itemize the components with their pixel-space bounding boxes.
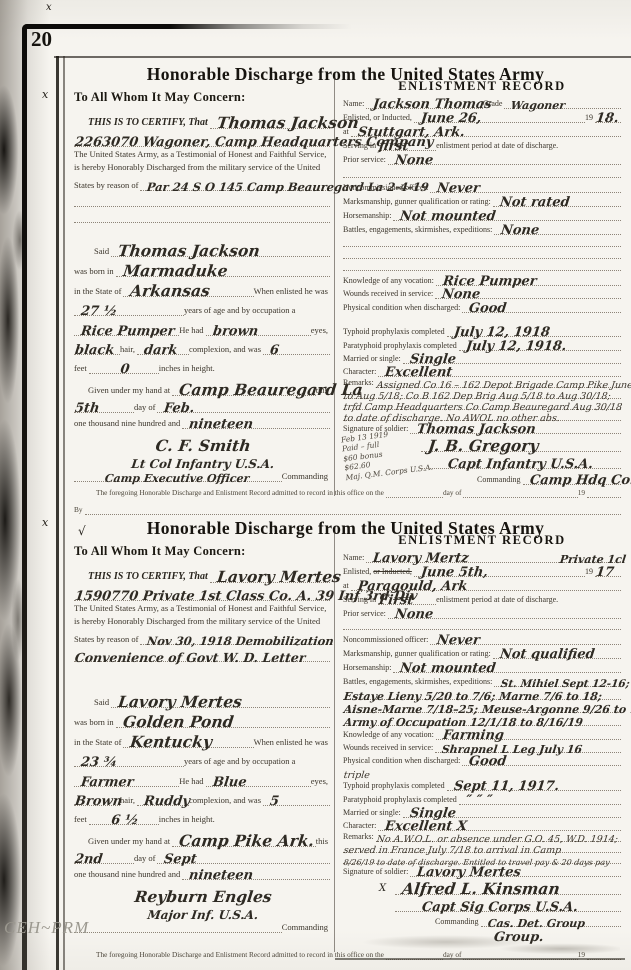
serving-label: Serving in: [343, 141, 378, 151]
er-typhoid-row: Typhoid prophylaxis completed Sept 11, 1…: [343, 777, 621, 791]
inches-row: feet 6 ½ inches in height.: [74, 806, 330, 825]
footer-dayof: day of: [443, 488, 463, 498]
married-label: Married or single:: [343, 354, 403, 364]
said-label: Said: [74, 697, 111, 708]
er-remarks-row: Remarks: Assigned Co 16 – 162 Depot Brig…: [343, 377, 621, 388]
er-wounds-row: Wounds received in service: Shrapnel L L…: [343, 740, 621, 753]
bottom-rule: [335, 958, 625, 960]
er-paratyphoid-row: Paratyphoid prophylaxis completed July 1…: [343, 337, 621, 351]
year-row: one thousand nine hundred and nineteen: [74, 864, 330, 880]
enlistment-heading: ENLISTMENT RECORD: [343, 79, 621, 94]
rule-left-outer: [56, 56, 59, 970]
reason-row: States by reason of Par 24 S O 145 Camp …: [74, 173, 330, 191]
er-remarks-row: Remarks: No A.W.O.L. or absence under G.…: [343, 831, 621, 842]
given-label: Given under my hand at: [74, 836, 172, 847]
marksmanship-label: Marksmanship, gunner qualification or ra…: [343, 649, 493, 659]
officer-signature-row: Reyburn Engles: [74, 880, 330, 902]
born-row: was born in Marmaduke: [74, 257, 330, 277]
hw-commanding-unit-2: Group.: [493, 930, 545, 945]
born-label: was born in: [74, 717, 116, 728]
rule-left-inner: [63, 56, 65, 970]
discharge-form-1: Honorable Discharge from the United Stat…: [66, 62, 625, 512]
married-label: Married or single:: [343, 808, 403, 818]
office-field: [74, 932, 282, 933]
hair-row: black hair, dark complexion, and was 6: [74, 336, 330, 355]
certificate-column: To All Whom It May Concern: THIS IS TO C…: [74, 542, 330, 933]
name-label: Name:: [343, 99, 366, 109]
footer-19: 19: [578, 488, 587, 498]
enlistment-heading: ENLISTMENT RECORD: [343, 533, 621, 548]
state-row: in the State of Kentucky When enlisted h…: [74, 728, 330, 748]
enlist-age-label: When enlisted he was: [254, 737, 330, 748]
serial-row: 2263070 Wagoner, Camp Headquarters Compa…: [74, 129, 330, 147]
office-field: Camp Executive Officer: [74, 481, 282, 482]
certify-label: THIS IS TO CERTIFY, That: [74, 117, 210, 129]
born-row: was born in Golden Pond: [74, 708, 330, 728]
year-prefix: 19: [585, 567, 595, 577]
er-condition-row: Physical condition when discharged: Good: [343, 753, 621, 766]
page-number: 20: [31, 27, 52, 52]
horsemanship-label: Horsemanship:: [343, 663, 393, 673]
er-officer-signature-block: X Alfred L. Kinsman Capt Sig Corps U.S.A…: [343, 877, 621, 937]
said-label: Said: [74, 246, 111, 257]
er-name-row: Name: Lavory Mertz Private 1cl: [343, 548, 621, 563]
eyes-suffix: eyes,: [311, 325, 330, 336]
serving-suffix: enlistment period at date of discharge.: [436, 595, 560, 605]
age-label: years of age and by occupation a: [184, 305, 297, 316]
officer-signature-row: C. F. Smith: [74, 429, 330, 451]
er-enlisted-row: Enlisted, or Inducted, June 26, 19 18.: [343, 109, 621, 123]
prior-label: Prior service:: [343, 609, 388, 619]
rule-top: [54, 56, 631, 58]
paratyphoid-label: Paratyphoid prophylaxis completed: [343, 341, 459, 351]
state-label: in the State of: [74, 286, 123, 297]
er-serving-row: Serving in First enlistment period at da…: [343, 591, 621, 605]
er-prior-row: Prior service: None: [343, 605, 621, 619]
enlisted-label: Enlisted, or Inducted,: [343, 113, 414, 123]
inches-label: inches in height.: [159, 363, 217, 374]
hair-row: Brown hair, Ruddy complexion, and was 5: [74, 787, 330, 806]
nco-label: Noncommissioned officer:: [343, 635, 430, 645]
footer-blank: [386, 497, 443, 498]
frame-line-left: [22, 24, 27, 970]
character-label: Character:: [343, 367, 378, 377]
body-line-1: The United States Army, as a Testimonial…: [74, 602, 326, 614]
footer-line: The foregoing Honorable Discharge and En…: [74, 488, 386, 498]
body-line-2: is hereby Honorably Discharged from the …: [74, 161, 320, 173]
at-label: at: [343, 581, 351, 591]
day-row: 2nd day of Sept: [74, 847, 330, 864]
commanding-row: Commanding: [74, 918, 330, 933]
state-row: in the State of Arkansas When enlisted h…: [74, 277, 330, 297]
battles-label: Battles, engagements, skirmishes, expedi…: [343, 225, 494, 235]
given-label: Given under my hand at: [74, 385, 172, 396]
er-battles-row: Battles, engagements, skirmishes, expedi…: [343, 221, 621, 235]
er-enlisted-row: Enlisted, or Inducted, June 5th, 19 17: [343, 563, 621, 577]
this-label: this: [316, 836, 330, 847]
remarks-label: Remarks:: [343, 378, 376, 388]
wounds-label: Wounds received in service:: [343, 743, 435, 753]
enlisted-label: Enlisted,: [343, 567, 373, 577]
footer-blank: [85, 514, 621, 515]
day-row: 5th day of Feb.: [74, 396, 330, 413]
er-commanding-label: Commanding: [435, 917, 481, 927]
year-label: one thousand nine hundred and: [74, 418, 182, 429]
soldier-label: Signature of soldier:: [343, 867, 410, 877]
said-row: Said Lavory Mertes: [74, 688, 330, 708]
complexion-label: complexion, and was: [189, 795, 263, 806]
er-character-row: Character: Excellent X: [343, 818, 621, 831]
er-character-row: Character: Excellent: [343, 364, 621, 377]
year-label: one thousand nine hundred and: [74, 869, 182, 880]
er-typhoid-row: Typhoid prophylaxis completed July 12, 1…: [343, 322, 621, 337]
er-married-row: Married or single: Single: [343, 351, 621, 364]
state-label: in the State of: [74, 737, 123, 748]
inches-label: inches in height.: [159, 814, 217, 825]
body-line-2: is hereby Honorably Discharged from the …: [74, 615, 320, 627]
eyes-label: He had: [179, 325, 205, 336]
serving-suffix: enlistment period at date of discharge.: [436, 141, 560, 151]
er-vocation-row: Knowledge of any vocation: Farming: [343, 726, 621, 740]
er-wounds-row: Wounds received in service: None: [343, 286, 621, 299]
feet-label: feet: [74, 363, 89, 374]
born-label: was born in: [74, 266, 116, 277]
given-row: Given under my hand at Camp Pike Ark. th…: [74, 825, 330, 847]
er-serving-row: Serving in first enlistment period at da…: [343, 137, 621, 151]
vocation-label: Knowledge of any vocation:: [343, 276, 436, 286]
footer-blank: [587, 497, 621, 498]
commanding-unit-field: Camp Hdq Co.: [523, 484, 621, 485]
marksmanship-label: Marksmanship, gunner qualification or ra…: [343, 197, 493, 207]
er-prior-row: Prior service: None: [343, 151, 621, 165]
er-soldier-row: Signature of soldier: Lavory Mertes: [343, 864, 621, 877]
said-row: Said Thomas Jackson: [74, 237, 330, 257]
remarks-label: Remarks:: [343, 832, 376, 842]
age-row: 27 ½ years of age and by occupation a: [74, 297, 330, 316]
footer-blank: [463, 497, 577, 498]
er-condition-row: Physical condition when discharged: Good: [343, 299, 621, 313]
margin-x-mark: x: [42, 516, 48, 529]
typhoid-label: Typhoid prophylaxis completed: [343, 327, 447, 337]
occupation-row: Farmer He had Blue eyes,: [74, 767, 330, 787]
enlisted-label-struck: or Inducted,: [373, 567, 414, 577]
reason-label: States by reason of: [74, 634, 140, 645]
prior-label: Prior service:: [343, 155, 388, 165]
certify-row: THIS IS TO CERTIFY, That Thomas Jackson: [74, 105, 330, 129]
scan-torn-edge: [0, 0, 62, 970]
day-label: day of: [134, 853, 157, 864]
horsemanship-label: Horsemanship:: [343, 211, 393, 221]
character-label: Character:: [343, 821, 378, 831]
salutation: To All Whom It May Concern:: [74, 90, 246, 105]
er-nco-row: Noncommissioned officer: Never: [343, 178, 621, 193]
vocation-label: Knowledge of any vocation:: [343, 730, 436, 740]
occupation-row: Rice Pumper He had brown eyes,: [74, 316, 330, 336]
hair-label: hair,: [120, 344, 137, 355]
er-name-row: Name: Jackson Thomas Grade Wagoner: [343, 94, 621, 109]
battles-label: Battles, engagements, skirmishes, expedi…: [343, 677, 494, 687]
reason-label: States by reason of: [74, 180, 140, 191]
er-nco-row: Noncommissioned officer: Never: [343, 630, 621, 645]
er-officer-signature-block: Feb 13 1919 Paid – full $60 bonus $62.60…: [421, 434, 621, 490]
watermark: CEH~PRM: [4, 918, 89, 938]
day-label: day of: [134, 402, 157, 413]
er-marksmanship-row: Marksmanship, gunner qualification or ra…: [343, 193, 621, 207]
er-battles-row: Battles, engagements, skirmishes, expedi…: [343, 673, 621, 687]
er-horsemanship-row: Horsemanship: Not mounted: [343, 207, 621, 221]
margin-x-mark: x: [42, 88, 48, 101]
pay-stamp: Feb 13 1919 Paid – full $60 bonus $62.60…: [340, 425, 433, 482]
footer-by: By: [74, 505, 85, 515]
reason2-row: Convenience of Govt W. D. Letter: [74, 645, 330, 662]
discharge-form-2: √ Honorable Discharge from the United St…: [66, 516, 625, 968]
age-label: years of age and by occupation a: [184, 756, 297, 767]
record-footer-row: The foregoing Honorable Discharge and En…: [74, 486, 621, 498]
frame-line-top: [22, 24, 352, 29]
hw-office: Camp Executive Officer: [104, 472, 250, 485]
eyes-label: He had: [179, 776, 205, 787]
commanding-label: Commanding: [282, 471, 330, 482]
condition-label: Physical condition when discharged:: [343, 756, 462, 766]
certify-row: THIS IS TO CERTIFY, That Lavory Mertes: [74, 559, 330, 583]
commanding-label: Commanding: [282, 922, 330, 933]
certificate-column: To All Whom It May Concern: THIS IS TO C…: [74, 88, 330, 482]
certify-label: THIS IS TO CERTIFY, That: [74, 571, 210, 583]
eyes-suffix: eyes,: [311, 776, 330, 787]
at-label: at: [343, 127, 351, 137]
reason-row: States by reason of Nov 30, 1918 Demobil…: [74, 627, 330, 645]
er-at-row: at Paragould, Ark: [343, 577, 621, 591]
enlistment-column: ENLISTMENT RECORD Name: Jackson Thomas G…: [343, 78, 621, 490]
commanding-row: Camp Executive Officer Commanding: [74, 467, 330, 482]
enlist-age-label: When enlisted he was: [254, 286, 330, 297]
paratyphoid-label: Paratyphoid prophylaxis completed: [343, 795, 459, 805]
given-row: Given under my hand at Camp Beauregard L…: [74, 374, 330, 396]
er-vocation-row: Knowledge of any vocation: Rice Pumper: [343, 271, 621, 286]
scanned-discharge-page: 20 x x x Honorable Discharge from the Un…: [0, 0, 631, 970]
feet-label: feet: [74, 814, 89, 825]
er-at-row: at Stuttgart, Ark.: [343, 123, 621, 137]
er-married-row: Married or single: Single: [343, 805, 621, 818]
salutation: To All Whom It May Concern:: [74, 544, 246, 559]
nco-label: Noncommissioned officer:: [343, 183, 430, 193]
condition-label: Physical condition when discharged:: [343, 303, 462, 313]
er-paratyphoid-row: Paratyphoid prophylaxis completed ″ ″ ″: [343, 791, 621, 805]
body-line-1: The United States Army, as a Testimonial…: [74, 148, 326, 160]
officer-title-row: Lt Col Infantry U.S.A.: [74, 451, 330, 467]
officer-title-row: Major Inf. U.S.A.: [74, 902, 330, 918]
er-horsemanship-row: Horsemanship: Not mounted: [343, 659, 621, 673]
serving-label: Serving in: [343, 595, 378, 605]
typhoid-label: Typhoid prophylaxis completed: [343, 781, 447, 791]
inches-row: feet 0 inches in height.: [74, 355, 330, 374]
record-footer-by-row: By: [74, 503, 621, 515]
wounds-label: Wounds received in service:: [343, 289, 435, 299]
year-prefix: 19: [585, 113, 595, 123]
er-marksmanship-row: Marksmanship, gunner qualification or ra…: [343, 645, 621, 659]
age-row: 23 ¾ years of age and by occupation a: [74, 748, 330, 767]
name-label: Name:: [343, 553, 366, 563]
margin-x-mark: x: [46, 2, 52, 13]
complexion-label: complexion, and was: [189, 344, 263, 355]
serial-row: 1590770 Private 1st Class Co. A. 39 Inf …: [74, 583, 330, 601]
year-row: one thousand nine hundred and nineteen: [74, 413, 330, 429]
er-commanding-label: Commanding: [477, 475, 523, 485]
enlistment-column: ENLISTMENT RECORD Name: Lavory Mertz Pri…: [343, 532, 621, 937]
